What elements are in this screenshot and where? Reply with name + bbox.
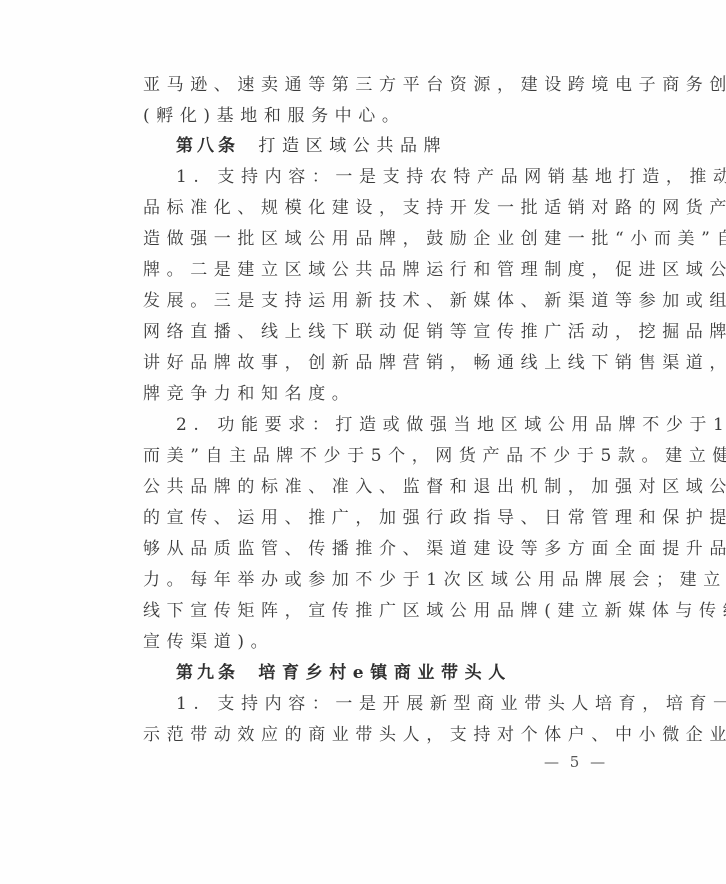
document-page: 亚马逊、速卖通等第三方平台资源，建设跨境电子商务创业培训 (孵化)基地和服务中心… (0, 0, 726, 884)
paragraph-line: 品标准化、规模化建设，支持开发一批适销对路的网货产品，打 (143, 193, 603, 224)
paragraph-line: 线下宣传矩阵，宣传推广区域公用品牌(建立新媒体与传统媒体 (143, 596, 603, 627)
paragraph-line: (孵化)基地和服务中心。 (143, 101, 603, 132)
paragraph-line: 2. 功能要求：打造或做强当地区域公用品牌不少于1个，“小 (176, 410, 636, 441)
paragraph-line: 发展。三是支持运用新技术、新媒体、新渠道等参加或组织开展 (143, 286, 603, 317)
paragraph-line: 力。每年举办或参加不少于1次区域公用品牌展会；建立线上及 (143, 565, 603, 596)
paragraph-line: 宣传渠道)。 (143, 627, 603, 658)
paragraph-line: 1. 支持内容：一是支持农特产品网销基地打造，推动农特产 (176, 162, 636, 193)
paragraph-line: 亚马逊、速卖通等第三方平台资源，建设跨境电子商务创业培训 (143, 70, 603, 101)
page-number: — 5 — (544, 753, 608, 771)
paragraph-line: 牌。二是建立区域公共品牌运行和管理制度，促进区域公用品牌 (143, 255, 603, 286)
article-title: 打造区域公共品牌 (258, 136, 447, 156)
paragraph-line: 示范带动效应的商业带头人，支持对个体户、中小微企业家、龙 (143, 720, 603, 751)
paragraph-line: 的宣传、运用、推广，加强行政指导、日常管理和保护提升，能 (143, 503, 603, 534)
article-heading-8: 第八条 打造区域公共品牌 (176, 131, 447, 162)
paragraph-line: 而美”自主品牌不少于5个，网货产品不少于5款。建立健全区域 (143, 441, 603, 472)
paragraph-line: 够从品质监管、传播推介、渠道建设等多方面全面提升品牌影响 (143, 534, 603, 565)
paragraph-line: 公共品牌的标准、准入、监督和退出机制，加强对区域公共品牌 (143, 472, 603, 503)
paragraph-line: 网络直播、线上线下联动促销等宣传推广活动，挖掘品牌内涵， (143, 317, 603, 348)
article-label: 第九条 (176, 663, 239, 683)
paragraph-line: 造做强一批区域公用品牌，鼓励企业创建一批“小而美”自主品 (143, 224, 603, 255)
paragraph-line: 1. 支持内容：一是开展新型商业带头人培育，培育一批具有 (176, 689, 636, 720)
article-heading-9: 第九条 培育乡村e镇商业带头人 (176, 658, 512, 689)
article-title: 培育乡村e镇商业带头人 (258, 663, 511, 683)
article-label: 第八条 (176, 136, 239, 156)
paragraph-line: 讲好品牌故事，创新品牌营销，畅通线上线下销售渠道，提高品 (143, 348, 603, 379)
paragraph-line: 牌竞争力和知名度。 (143, 379, 603, 410)
